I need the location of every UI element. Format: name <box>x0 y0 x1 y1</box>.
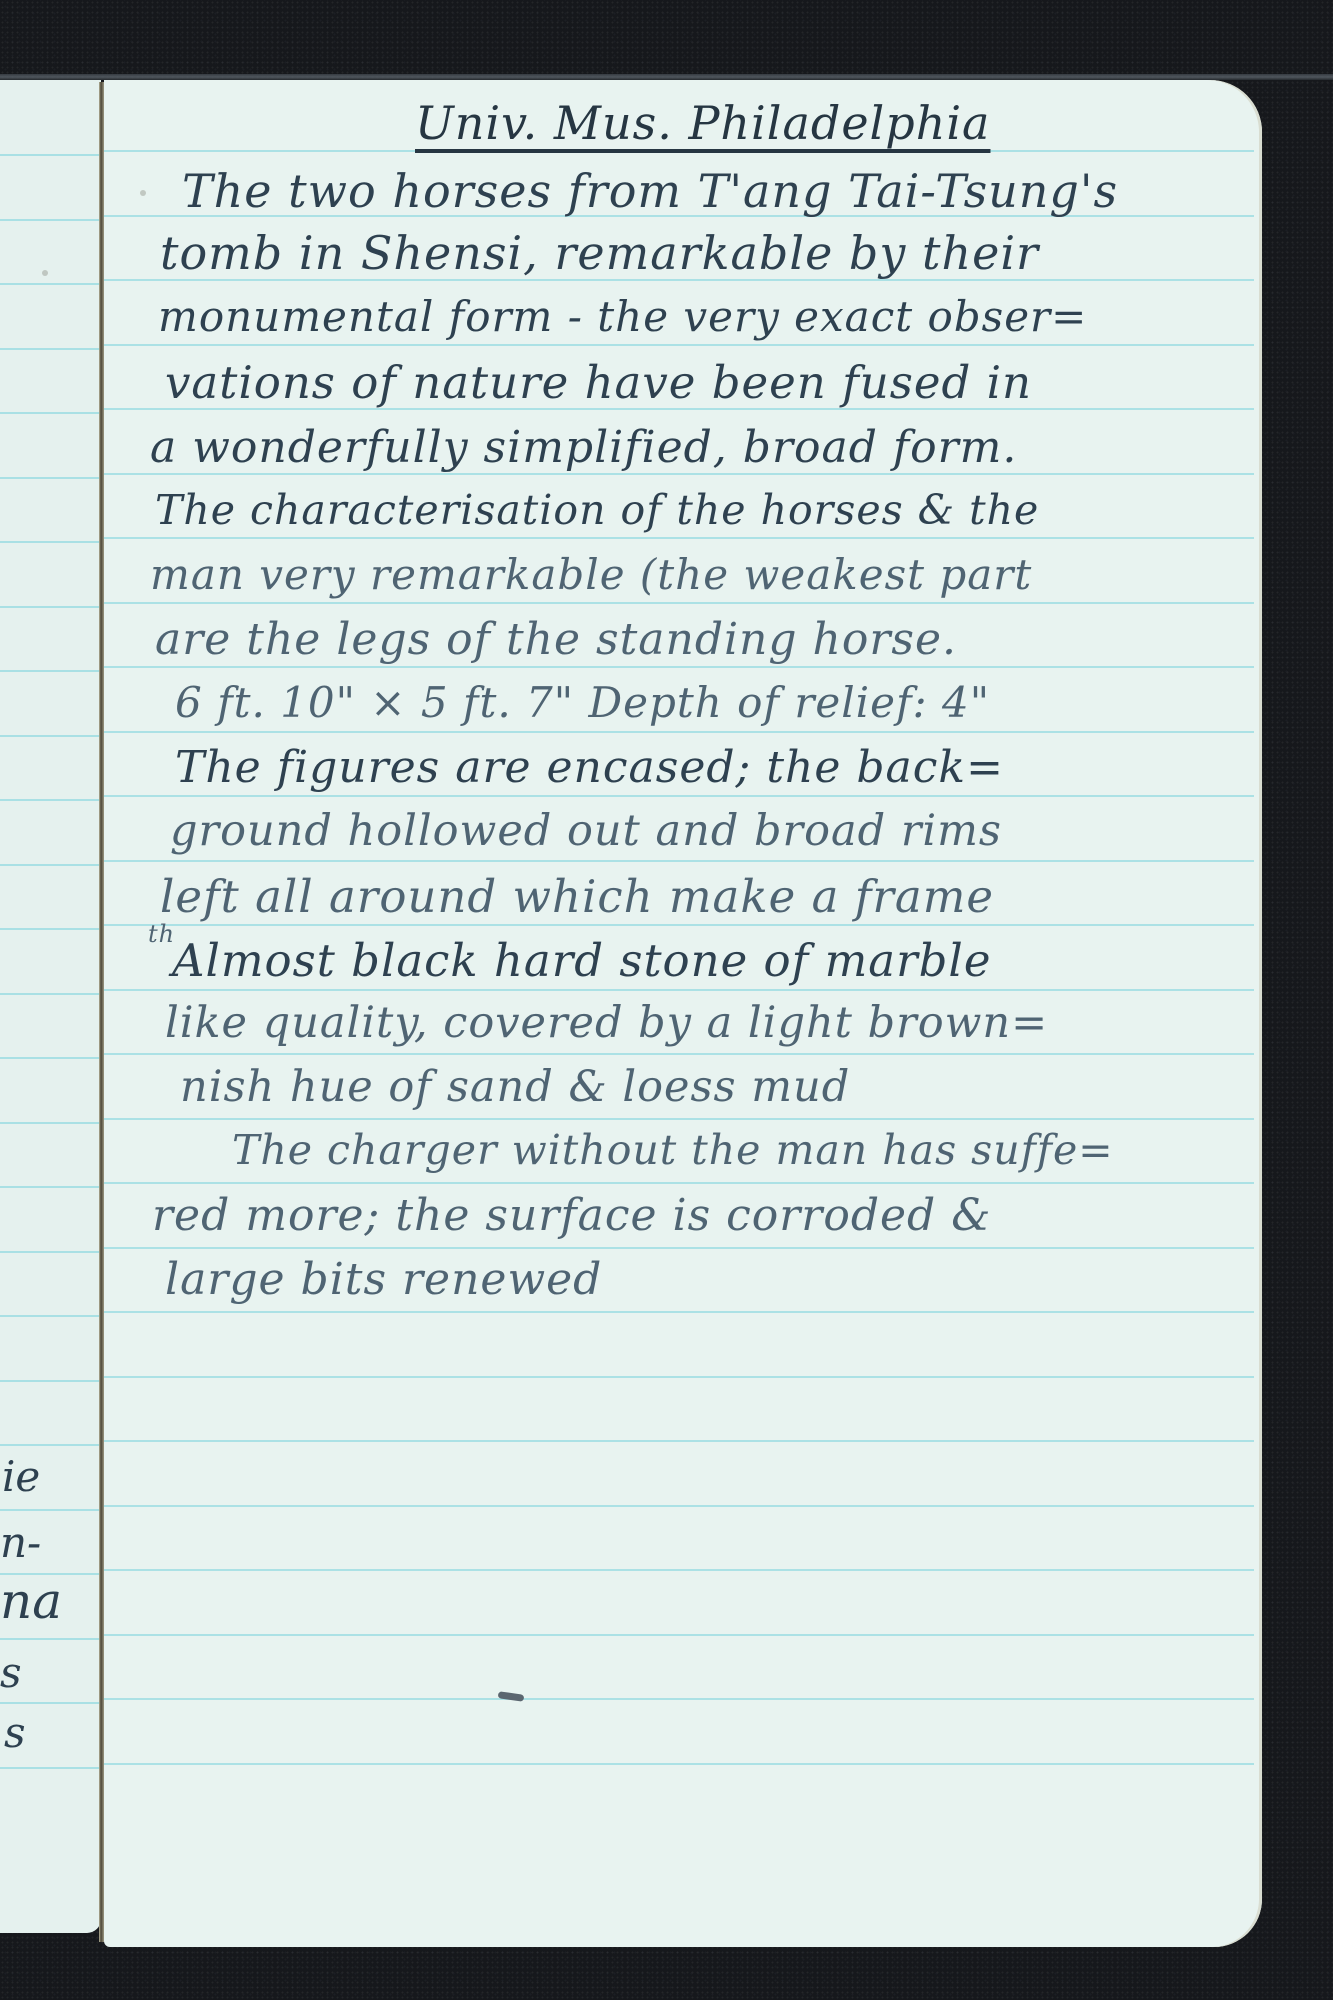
ruled-line <box>0 1638 100 1640</box>
ruled-line <box>0 1122 100 1124</box>
text-line: tomb in Shensi, remarkable by their <box>160 230 1039 276</box>
ruled-line <box>104 1440 1254 1442</box>
ruled-line <box>0 1251 100 1253</box>
ruled-line <box>104 150 1254 152</box>
text-line: left all around which make a frame <box>160 874 994 919</box>
paper-speck <box>140 190 146 196</box>
ruled-line <box>0 1057 100 1059</box>
ruled-line <box>0 606 100 608</box>
ruled-line <box>0 670 100 672</box>
ruled-line <box>104 1376 1254 1378</box>
ruled-line <box>0 928 100 930</box>
text-line: are the legs of the standing horse. <box>155 618 957 662</box>
ruled-line <box>0 1380 100 1382</box>
ruled-line <box>104 666 1254 668</box>
ruled-line <box>0 541 100 543</box>
ruled-line <box>0 219 100 221</box>
ruled-line <box>104 1311 1254 1313</box>
ruled-line <box>0 1444 100 1446</box>
text-line: vations of nature have been fused in <box>165 360 1032 405</box>
ruled-line <box>0 348 100 350</box>
ruled-line <box>104 924 1254 926</box>
text-line: Almost black hard stone of marble <box>172 938 991 983</box>
ruled-line <box>104 731 1254 733</box>
left-page-fragment: n- <box>0 1518 41 1567</box>
text-line: like quality, covered by a light brown= <box>165 1002 1048 1045</box>
left-page-fragment: s <box>4 1708 26 1757</box>
ruled-line <box>0 735 100 737</box>
ruled-line <box>104 537 1254 539</box>
ruled-line <box>104 860 1254 862</box>
left-page-fragment: ie <box>2 1452 40 1501</box>
ruled-line <box>0 1186 100 1188</box>
ruled-line <box>0 864 100 866</box>
ruled-line <box>104 344 1254 346</box>
left-page-fragment: s <box>0 1648 22 1697</box>
text-line: large bits renewed <box>165 1258 602 1302</box>
text-line: red more; the surface is corroded & <box>152 1194 991 1238</box>
text-line: nish hue of sand & loess mud <box>180 1066 850 1109</box>
ruled-line <box>104 1118 1254 1120</box>
ruled-line <box>0 1509 100 1511</box>
ruled-line <box>104 1569 1254 1571</box>
left-page-fragment: na <box>0 1572 62 1630</box>
ruled-line <box>104 1247 1254 1249</box>
paper-speck <box>42 270 48 276</box>
ruled-line <box>0 477 100 479</box>
text-line: 6 ft. 10" × 5 ft. 7" Depth of relief: 4" <box>175 682 990 724</box>
ruled-line <box>104 795 1254 797</box>
text-line: The charger without the man has suffe= <box>232 1130 1114 1171</box>
ruled-line <box>0 1315 100 1317</box>
ruled-line <box>104 1053 1254 1055</box>
ruled-line <box>104 1763 1254 1765</box>
ruled-line <box>0 154 100 156</box>
ruled-line <box>0 1767 100 1769</box>
text-line: monumental form - the very exact obser= <box>158 296 1087 338</box>
ruled-line <box>0 283 100 285</box>
ruled-line <box>104 1698 1254 1700</box>
ruled-line <box>104 602 1254 604</box>
text-line: The two horses from T'ang Tai-Tsung's <box>182 168 1118 214</box>
text-line: ground hollowed out and broad rims <box>170 810 1002 853</box>
text-line: The characterisation of the horses & the <box>155 490 1039 531</box>
ruled-line <box>0 1702 100 1704</box>
text-line: man very remarkable (the weakest part <box>150 554 1032 596</box>
text-line: The figures are encased; the back= <box>175 746 1004 790</box>
ruled-line <box>104 989 1254 991</box>
ruled-line <box>0 799 100 801</box>
ruled-line <box>0 412 100 414</box>
ruled-line <box>104 1634 1254 1636</box>
ruled-line <box>0 993 100 995</box>
page-heading: Univ. Mus. Philadelphia <box>415 100 990 146</box>
ruled-line <box>104 1505 1254 1507</box>
text-line: a wonderfully simplified, broad form. <box>150 426 1017 470</box>
ruled-line <box>104 1182 1254 1184</box>
